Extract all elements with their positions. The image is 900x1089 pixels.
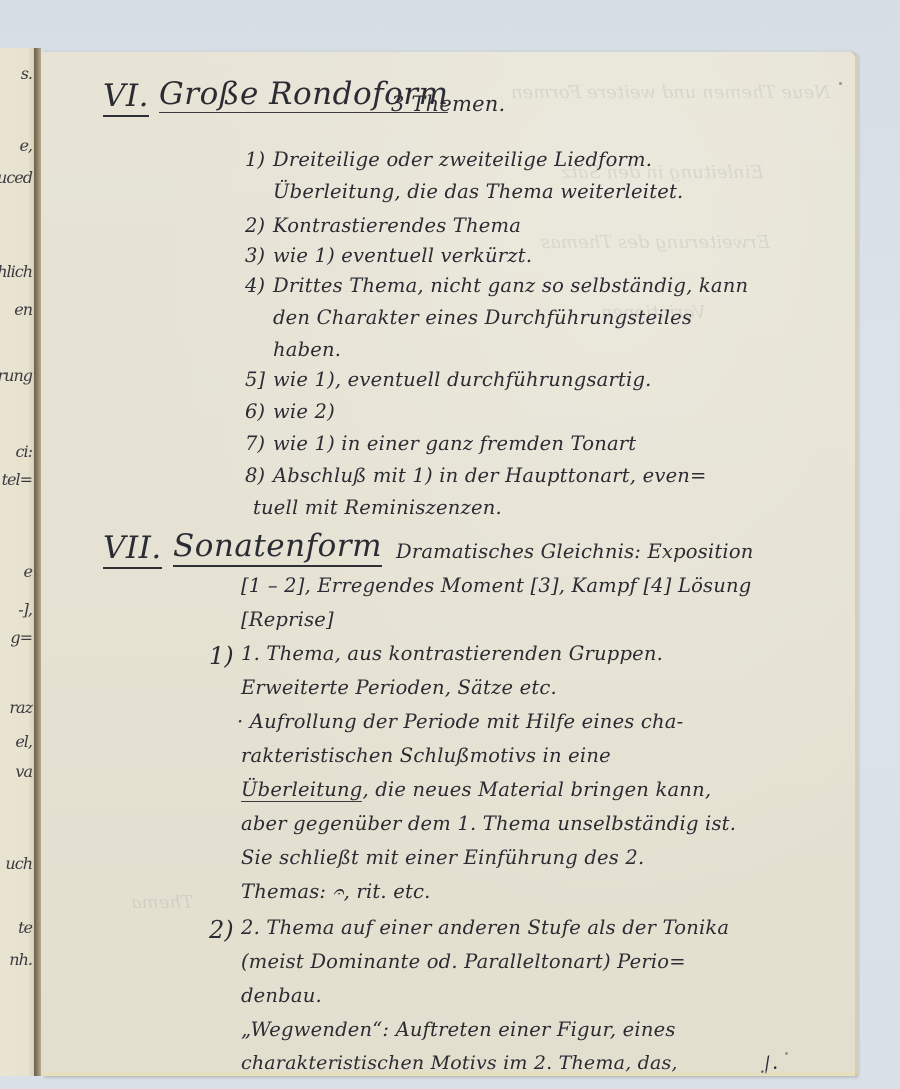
left-fragment: uch [5,854,32,873]
page-turn-mark: ./. [754,1049,780,1078]
paper-spot [785,1052,788,1055]
item-number: 5] [245,368,265,391]
section-vii-numeral: VII. [103,530,162,566]
item-number: 2) [245,214,265,237]
line-text: Themas: 𝄐, rit. etc. [241,880,431,903]
left-fragment: erung [0,366,32,385]
left-fragment: e, [19,136,32,155]
item-text: Überleitung, die das Thema weiterleitet. [273,180,683,203]
line-text: [1 – 2], Erregendes Moment [3], Kampf [4… [241,574,751,597]
bleed-through-text: Neue Themen und weitere Formen [511,82,830,103]
left-fragment: nh. [9,950,32,969]
line-text: aber gegenüber dem 1. Thema unselbständi… [241,812,736,835]
bleed-through-text: Thema [131,892,193,913]
section-vii-subtitle: Dramatisches Gleichnis: Exposition [396,540,754,563]
line-text: denbau. [241,984,322,1007]
item-text: wie 1) in einer ganz fremden Tonart [273,432,636,455]
item-text: wie 1) eventuell verkürzt. [273,244,532,267]
previous-page-edge: s. e, uced hlich en erung ci: tel= e -],… [0,48,34,1076]
line-text: charakteristischen Motivs im 2. Thema, d… [241,1052,678,1074]
item-number: 2) [209,916,234,944]
left-fragment: ci: [16,442,32,461]
page-edge [855,56,858,1074]
item-text: den Charakter eines Durchführungsteiles [273,306,692,329]
left-fragment: uced [0,168,32,187]
left-fragment: hlich [0,262,32,281]
item-number: 1) [209,642,234,670]
item-number: 6) [245,400,265,423]
line-text: (meist Dominante od. Paralleltonart) Per… [241,950,686,973]
line-text: „Wegwenden“: Auftreten einer Figur, eine… [241,1018,676,1041]
left-fragment: s. [21,64,32,83]
section-vi-numeral: VI. [103,78,149,114]
item-text: Drittes Thema, nicht ganz so selbständig… [273,274,748,297]
item-text: wie 1), eventuell durchführungsartig. [273,368,652,391]
binding-gutter [34,48,41,1076]
item-text: tuell mit Reminiszenzen. [253,496,502,519]
item-text: Kontrastierendes Thema [273,214,521,237]
item-number: 4) [245,274,265,297]
left-fragment: g= [10,628,32,647]
line-text: Überleitung, die neues Material bringen … [241,778,711,801]
left-fragment: en [14,300,32,319]
item-number: 8) [245,464,265,487]
line-text: Erweiterte Perioden, Sätze etc. [241,676,557,699]
notebook-page: Neue Themen und weitere Formen Einleitun… [41,52,855,1076]
item-number: 7) [245,432,265,455]
bleed-through-text: Erweiterung des Themas [541,232,770,253]
paper-spot [839,82,842,85]
left-fragment: va [15,762,32,781]
item-text: Dreiteilige oder zweiteilige Liedform. [273,148,652,171]
left-fragment: te [18,918,32,937]
underlined-term: Überleitung [241,778,362,802]
item-text: Abschluß mit 1) in der Haupttonart, even… [273,464,707,487]
section-vii-title: Sonatenform [173,528,382,564]
line-text: 2. Thema auf einer anderen Stufe als der… [241,916,729,939]
left-fragment: el, [15,732,32,751]
line-text: rakteristischen Schlußmotivs in eine [241,744,611,767]
line-text: Sie schließt mit einer Einführung des 2. [241,846,644,869]
line-text: · Aufrollung der Periode mit Hilfe eines… [237,710,683,733]
line-text: 1. Thema, aus kontrastierenden Gruppen. [241,642,663,665]
item-text: haben. [273,338,341,361]
item-number: 3) [245,244,265,267]
left-fragment: raz [9,698,32,717]
item-text: wie 2) [273,400,335,423]
item-number: 1) [245,148,265,171]
left-fragment: e [24,562,32,581]
line-text: [Reprise] [241,608,334,631]
left-fragment: tel= [2,470,32,489]
left-fragment: -], [18,600,32,619]
section-vi-subtitle: 3 Themen. [391,92,505,116]
